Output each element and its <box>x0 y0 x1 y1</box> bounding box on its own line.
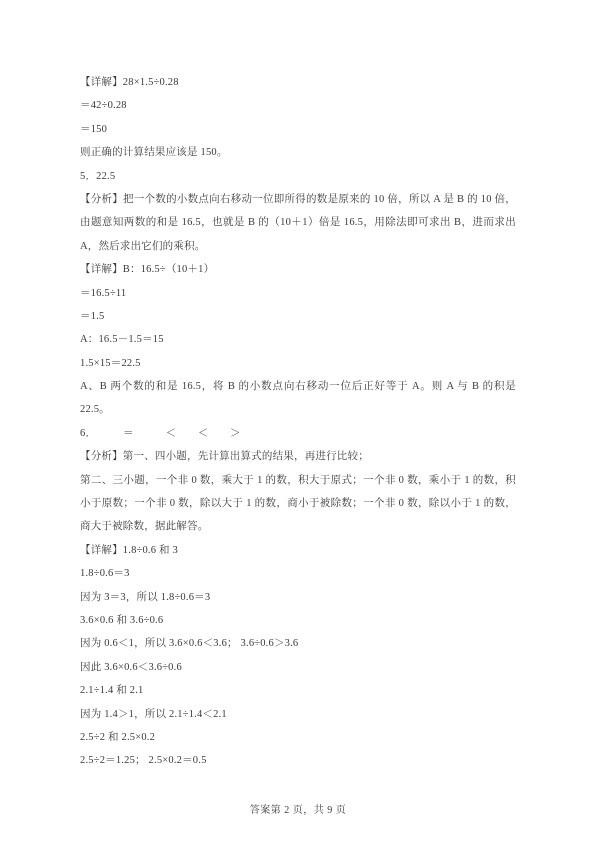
text-line: 1.5×15＝22.5 <box>80 352 516 375</box>
text-line: 22.5。 <box>80 398 516 421</box>
text-line: 【详解】28×1.5÷0.28 <box>80 71 516 94</box>
document-page: 【详解】28×1.5÷0.28＝42÷0.28＝150则正确的计算结果应该是 1… <box>0 0 596 842</box>
text-line: 【详解】B：16.5÷（10＋1） <box>80 258 516 281</box>
text-line: A：16.5－1.5＝15 <box>80 328 516 351</box>
text-line: ＝42÷0.28 <box>80 94 516 117</box>
text-line: 2.5÷2＝1.25； 2.5×0.2＝0.5 <box>80 749 516 772</box>
text-line: 2.5÷2 和 2.5×0.2 <box>80 726 516 749</box>
text-line: ＝1.5 <box>80 305 516 328</box>
text-line: 因为 0.6＜1，所以 3.6×0.6＜3.6； 3.6÷0.6＞3.6 <box>80 632 516 655</box>
text-line: 5．22.5 <box>80 165 516 188</box>
text-line: 则正确的计算结果应该是 150。 <box>80 141 516 164</box>
text-line: 因为 3＝3，所以 1.8÷0.6＝3 <box>80 586 516 609</box>
text-line: 【分析】把一个数的小数点向右移动一位即所得的数是原来的 10 倍，所以 A 是 … <box>80 188 516 211</box>
text-line: ＝16.5÷11 <box>80 282 516 305</box>
text-line: 因为 1.4＞1，所以 2.1÷1.4＜2.1 <box>80 703 516 726</box>
text-line: 1.8÷0.6＝3 <box>80 562 516 585</box>
text-line: 3.6×0.6 和 3.6÷0.6 <box>80 609 516 632</box>
page-number-text: 答案第 2 页，共 9 页 <box>250 805 347 816</box>
text-line: 【详解】1.8÷0.6 和 3 <box>80 539 516 562</box>
text-line: 6． ＝ ＜ ＜ ＞ <box>80 422 516 445</box>
text-line: 【分析】第一、四小题，先计算出算式的结果，再进行比较； <box>80 445 516 468</box>
page-footer: 答案第 2 页，共 9 页 <box>0 801 596 816</box>
text-line: 2.1÷1.4 和 2.1 <box>80 679 516 702</box>
text-line: A、B 两个数的和是 16.5，将 B 的小数点向右移动一位后正好等于 A。则 … <box>80 375 516 398</box>
text-line: 第二、三小题，一个非 0 数，乘大于 1 的数，积大于原式；一个非 0 数，乘小… <box>80 469 516 492</box>
text-line: 小于原数；一个非 0 数，除以大于 1 的数，商小于被除数；一个非 0 数，除以… <box>80 492 516 515</box>
answer-sheet-content: 【详解】28×1.5÷0.28＝42÷0.28＝150则正确的计算结果应该是 1… <box>80 71 516 773</box>
text-line: 商大于被除数，据此解答。 <box>80 515 516 538</box>
text-line: ＝150 <box>80 118 516 141</box>
text-line: A，然后求出它们的乘积。 <box>80 235 516 258</box>
text-line: 因此 3.6×0.6＜3.6÷0.6 <box>80 656 516 679</box>
text-line: 由题意知两数的和是 16.5，也就是 B 的（10＋1）倍是 16.5，用除法即… <box>80 211 516 234</box>
